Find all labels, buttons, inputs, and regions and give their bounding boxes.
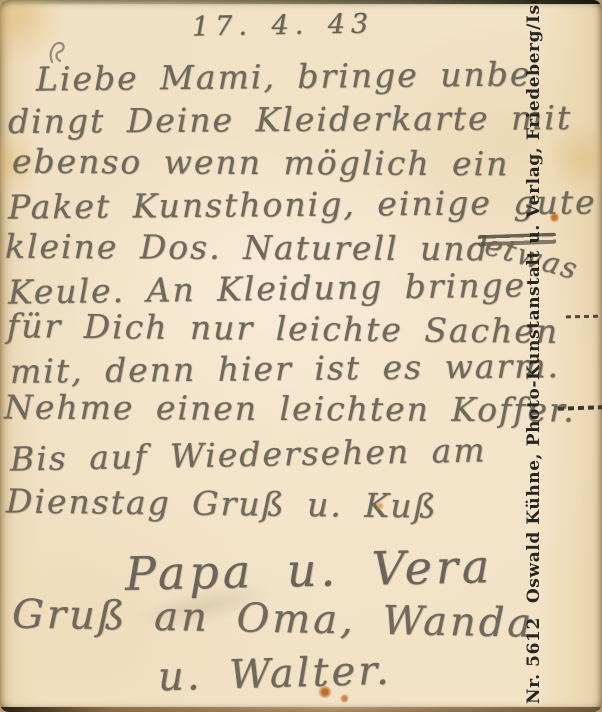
edge-dash-mark-1 [566, 315, 602, 319]
imprint-publisher: Oswald Kühne, Photo-Kunstanstalt u. Verl… [524, 0, 544, 603]
message-line-8: mit, denn hier ist es warm. [10, 349, 560, 388]
card-bottom-edge [0, 707, 602, 712]
message-line-3: ebenso wenn möglich ein [12, 145, 510, 181]
rust-spot [340, 694, 349, 703]
signature: Papa u. Vera [125, 543, 494, 597]
message-line-5: kleine Dos. Naturell und [5, 230, 490, 266]
message-line-9: Nehme einen leichten Koffer. [4, 391, 576, 427]
message-line-11: Dienstag Gruß u. Kuß [6, 484, 438, 522]
message-line-2: dingt Deine Kleiderkarte mit [8, 101, 572, 138]
message-line-10: Bis auf Wiedersehen am [10, 433, 487, 475]
message-line-6: Keule. An Kleidung bringe [8, 268, 527, 308]
imprint-number: Nr. 5612 [524, 617, 544, 704]
publisher-imprint: Nr. 5612Oswald Kühne, Photo-Kunstanstalt… [516, 0, 552, 712]
message-line-4: Paket Kunsthonig, einige gute [8, 185, 597, 223]
message-line-7: für Dich nur leichte Sachen [7, 309, 560, 348]
postscript-line-1: Gruß an Oma, Wanda [12, 594, 535, 643]
date: 17. 4. 43 [192, 10, 375, 40]
message-line-1: Liebe Mami, bringe unbe [36, 57, 532, 95]
postcard-back: 17. 4. 43 Liebe Mami, bringe unbe dingt … [0, 0, 602, 712]
card-top-edge [0, 0, 602, 4]
edge-dash-mark-2 [558, 405, 602, 411]
postscript-line-2: u. Walter. [157, 651, 392, 698]
